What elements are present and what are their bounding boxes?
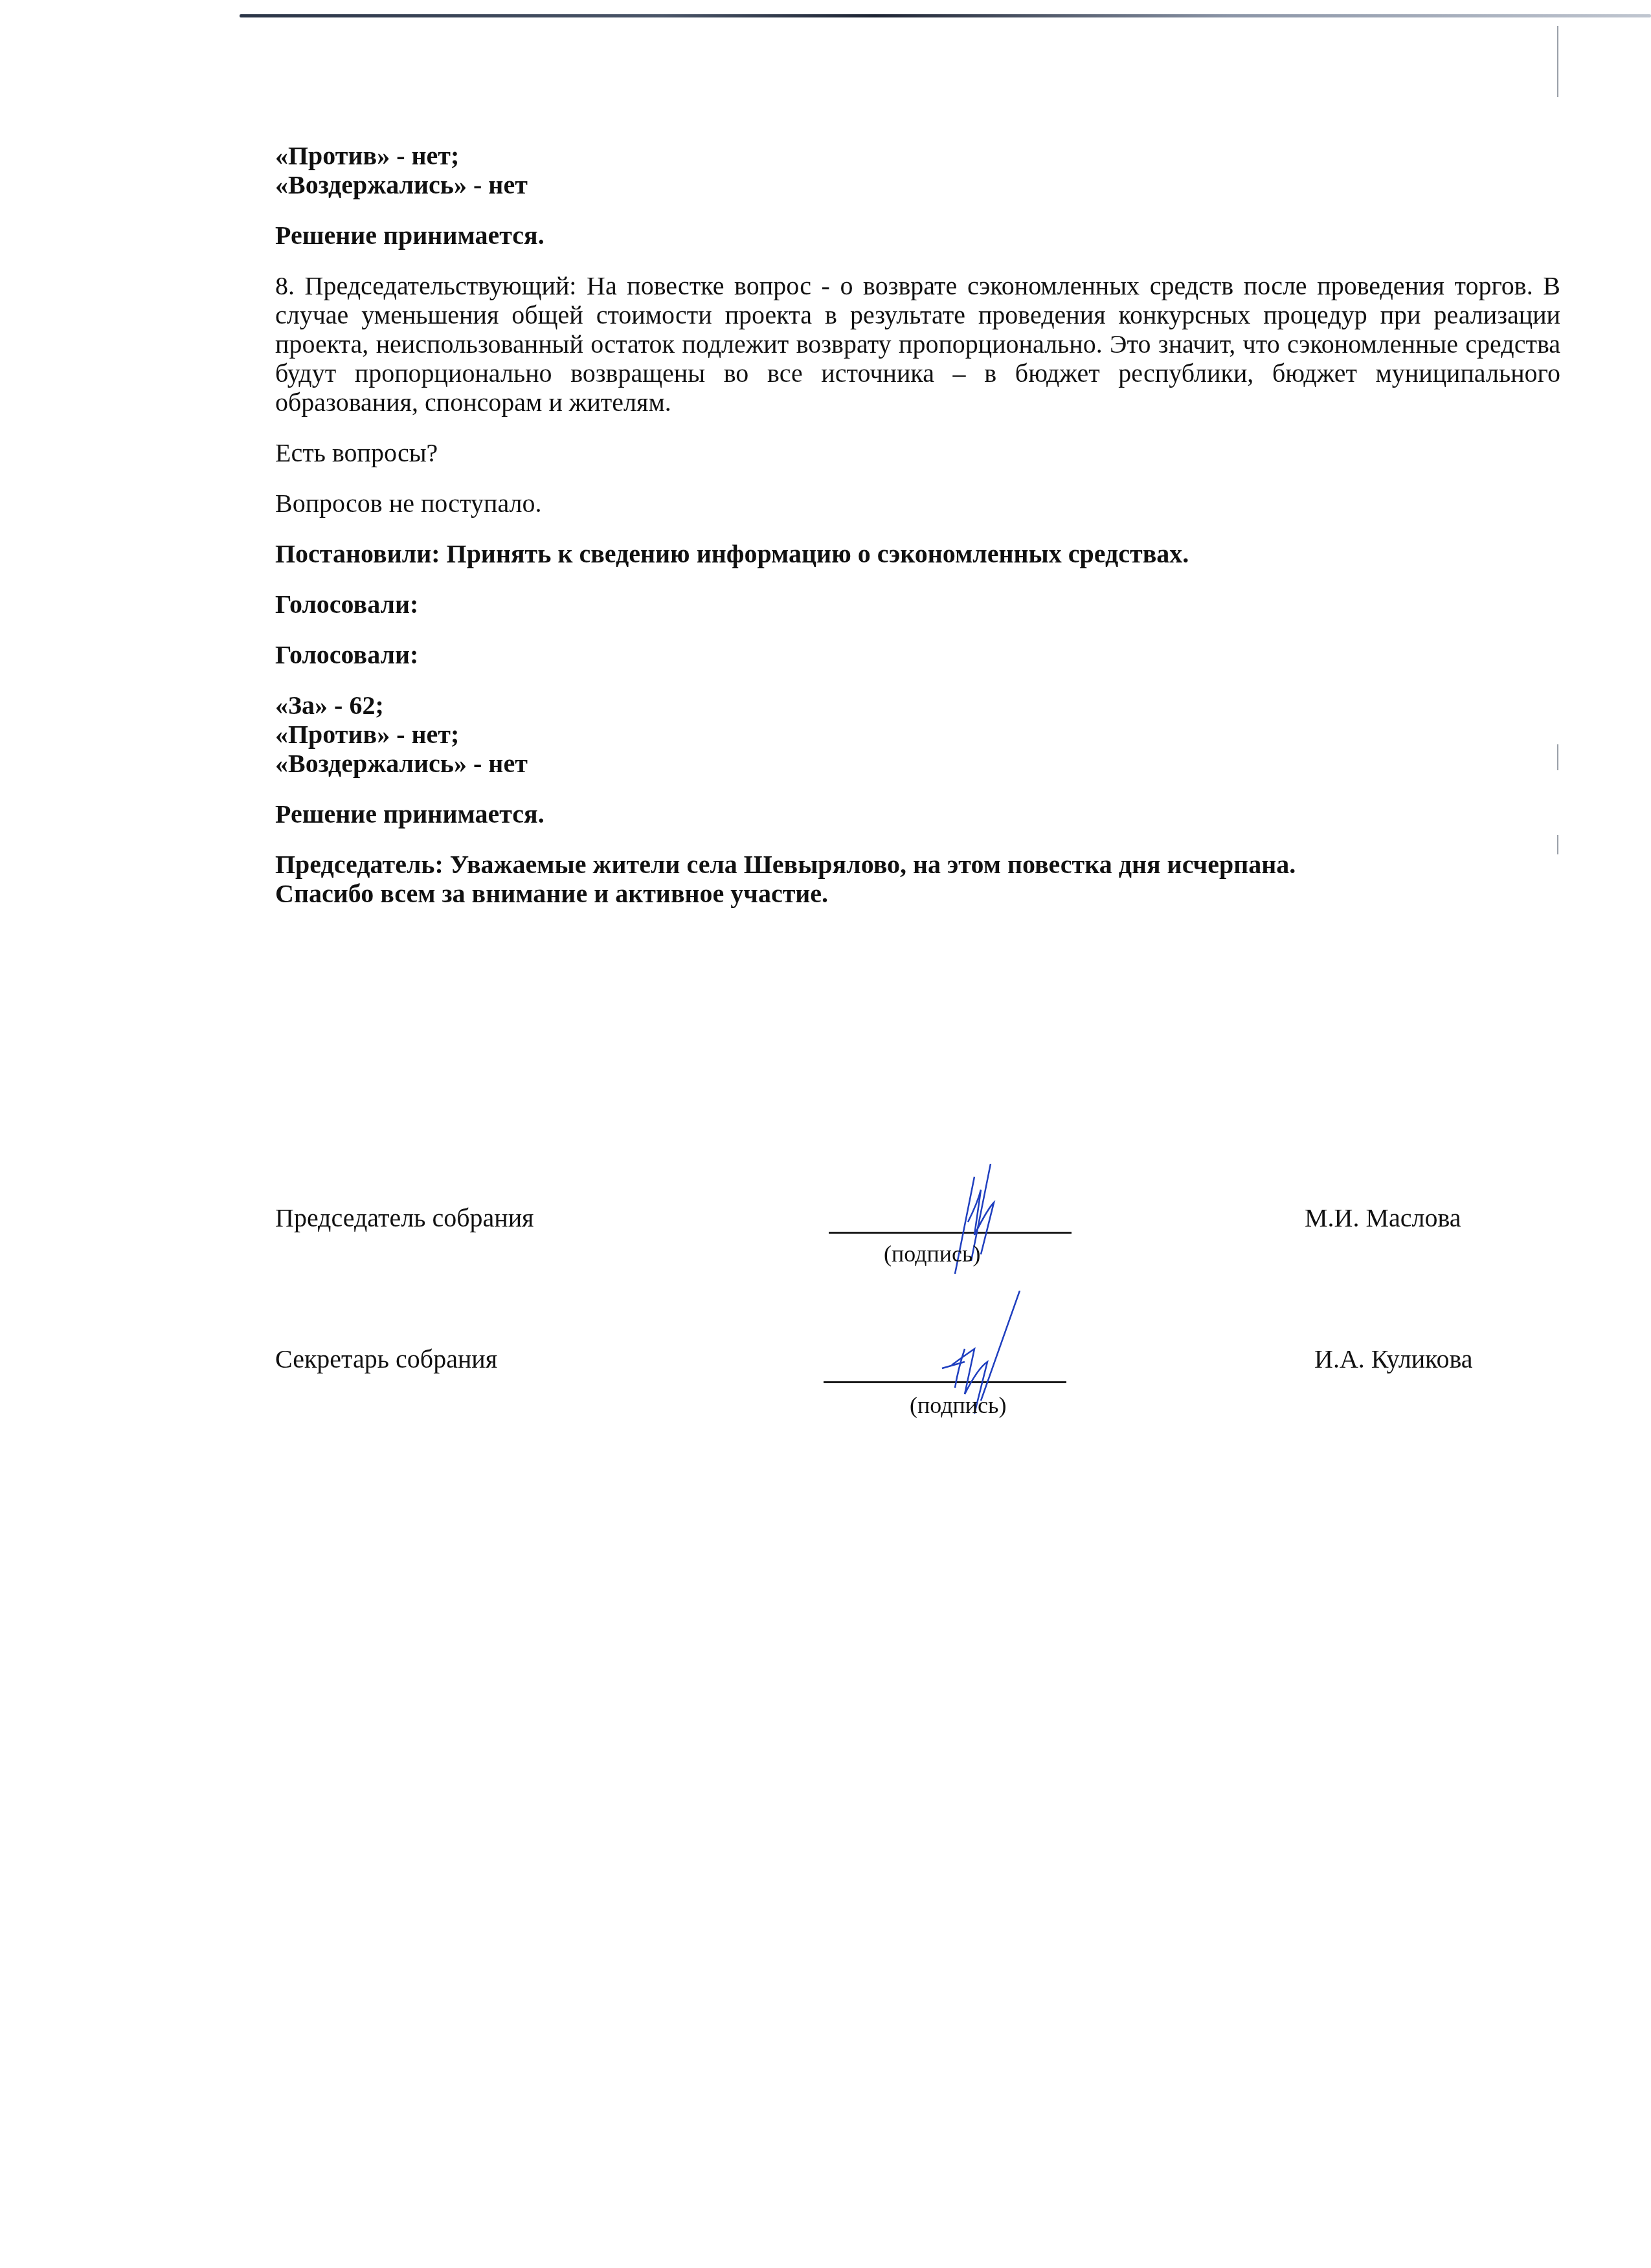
decision: Решение принимается. xyxy=(275,221,1560,250)
closing-line: Спасибо всем за внимание и активное учас… xyxy=(275,879,1560,908)
scan-margin-mark xyxy=(1557,26,1558,97)
closing-line: Председатель: Уважаемые жители села Шевы… xyxy=(275,850,1560,879)
questions-prompt: Есть вопросы? xyxy=(275,438,1560,467)
vote-against: «Против» - нет; xyxy=(275,720,1560,749)
scan-top-edge xyxy=(240,14,1651,17)
signature-row-chair: Председатель собрания (подпись) М.И. Мас… xyxy=(275,1203,1570,1280)
vote-for: «За» - 62; xyxy=(275,691,1560,720)
questions-answer: Вопросов не поступало. xyxy=(275,489,1560,518)
signature-caption: (подпись) xyxy=(884,1240,980,1267)
signature-caption: (подпись) xyxy=(910,1392,1006,1419)
voted-heading: Голосовали: xyxy=(275,640,1560,669)
vote-abstained: «Воздержались» - нет xyxy=(275,749,1560,778)
signer-role: Председатель собрания xyxy=(275,1203,534,1233)
vote-abstained: «Воздержались» - нет xyxy=(275,170,1560,199)
voted-heading: Голосовали: xyxy=(275,590,1560,619)
item-8-paragraph: 8. Председательствующий: На повестке воп… xyxy=(275,271,1560,417)
signature-row-secretary: Секретарь собрания (подпись) И.А. Кулико… xyxy=(275,1344,1570,1421)
signer-role: Секретарь собрания xyxy=(275,1344,497,1374)
decision: Решение принимается. xyxy=(275,799,1560,828)
resolution: Постановили: Принять к сведению информац… xyxy=(275,539,1560,568)
signer-name: М.И. Маслова xyxy=(1305,1203,1461,1233)
document-body: «Против» - нет; «Воздержались» - нет Реш… xyxy=(275,141,1560,908)
vote-against: «Против» - нет; xyxy=(275,141,1560,170)
signer-name: И.А. Куликова xyxy=(1314,1344,1473,1374)
